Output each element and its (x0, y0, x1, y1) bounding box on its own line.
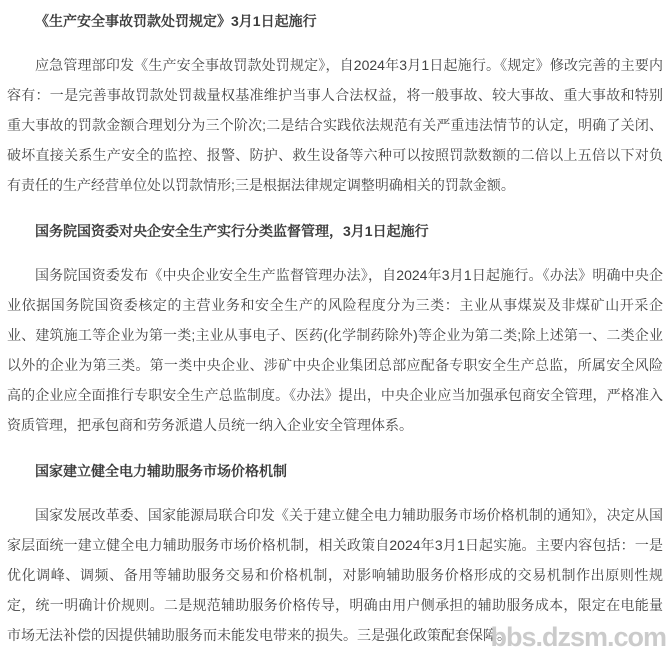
news-paragraph-3: 国家发展改革委、国家能源局联合印发《关于建立健全电力辅助服务市场价格机制的通知》… (7, 500, 663, 650)
news-paragraph-2: 国务院国资委发布《中央企业安全生产监督管理办法》，自2024年3月1日起施行。《… (7, 260, 663, 440)
news-item-3: 国家建立健全电力辅助服务市场价格机制 国家发展改革委、国家能源局联合印发《关于建… (7, 456, 663, 650)
news-item-1: 《生产安全事故罚款处罚规定》3月1日起施行 应急管理部印发《生产安全事故罚款处罚… (7, 6, 663, 200)
news-paragraph-1: 应急管理部印发《生产安全事故罚款处罚规定》，自2024年3月1日起施行。《规定》… (7, 50, 663, 200)
article-page: 《生产安全事故罚款处罚规定》3月1日起施行 应急管理部印发《生产安全事故罚款处罚… (0, 0, 670, 650)
news-heading-3: 国家建立健全电力辅助服务市场价格机制 (7, 456, 663, 486)
news-item-2: 国务院国资委对央企安全生产实行分类监督管理，3月1日起施行 国务院国资委发布《中… (7, 216, 663, 440)
news-heading-2: 国务院国资委对央企安全生产实行分类监督管理，3月1日起施行 (7, 216, 663, 246)
news-heading-1: 《生产安全事故罚款处罚规定》3月1日起施行 (7, 6, 663, 36)
